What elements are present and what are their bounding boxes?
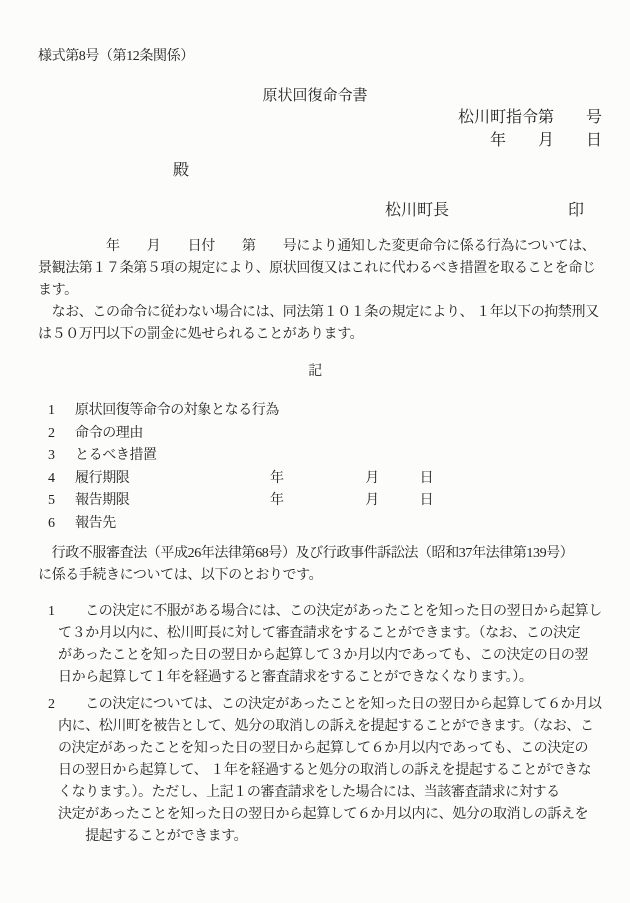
- item-label: 報告先: [75, 513, 270, 536]
- item-number: 4: [48, 468, 75, 491]
- restoration-order-document: 様式第8号（第12条関係） 原状回復命令書 松川町指令第 号 年 月 日 殿 松…: [0, 0, 630, 848]
- legal-note: 行政不服審査法（平成26年法律第68号）及び行政事件訴訟法（昭和37年法律第13…: [38, 543, 592, 587]
- ki-list: 1 原状回復等命令の対象となる行為 2 命令の理由 3 とるべき措置 4 履行期…: [38, 400, 592, 535]
- text-line: 行政不服審査法（平成26年法律第68号）及び行政事件訴訟法（昭和37年法律第13…: [38, 543, 592, 565]
- directive-number-line: 松川町指令第 号: [38, 107, 602, 129]
- item-number: 2: [48, 423, 75, 446]
- appeal-item-number: 2: [48, 694, 55, 716]
- ki-item-4: 4 履行期限 年 月 日: [38, 468, 592, 491]
- item-label: 命令の理由: [75, 423, 270, 446]
- document-title: 原状回復命令書: [38, 85, 592, 107]
- item-number: 5: [48, 490, 75, 513]
- issue-date-line: 年 月 日: [38, 130, 602, 152]
- ki-item-3: 3 とるべき措置: [38, 445, 592, 468]
- text-line: 内に、松川町を被告として、処分の取消しの訴えを提起することができます。（なお、こ: [58, 716, 592, 738]
- appeal-item-1: 1 この決定に不服がある場合には、この決定があったことを知った日の翌日から起算し…: [38, 601, 592, 689]
- text-line: ます。: [38, 280, 592, 302]
- text-line: 決定があったことを知った日の翌日から起算して６か月以内に、処分の取消しの訴えを: [58, 804, 592, 826]
- ki-item-2: 2 命令の理由: [38, 423, 592, 446]
- appeal-item-text: この決定に不服がある場合には、この決定があったことを知った日の翌日から起算して３…: [58, 601, 592, 689]
- item-date-blank: 年 月 日: [270, 490, 433, 513]
- text-line: 景観法第１７条第５項の規定により、原状回復又はこれに代わるべき措置を取ることを命…: [38, 258, 592, 280]
- recipient-honorific: 殿: [173, 162, 189, 179]
- ki-item-1: 1 原状回復等命令の対象となる行為: [38, 400, 592, 423]
- ki-item-5: 5 報告期限 年 月 日: [38, 490, 592, 513]
- text-line: この決定に不服がある場合には、この決定があったことを知った日の翌日から起算し: [58, 601, 592, 623]
- document-page: { "page": { "background": "#fcfcfa", "te…: [0, 0, 630, 903]
- text-line: 年 月 日付 第 号により通知した変更命令に係る行為については、: [38, 236, 592, 258]
- item-label: 履行期限: [75, 468, 270, 491]
- text-line: なお、この命令に従わない場合には、同法第１０１条の規定により、 １年以下の拘禁刑…: [38, 302, 592, 324]
- text-line: この決定については、この決定があったことを知った日の翌日から起算して６か月以: [58, 694, 592, 716]
- text-line: の決定があったことを知った日の翌日から起算して６か月以内であっても、この決定の: [58, 738, 592, 760]
- item-date-blank: 年 月 日: [270, 468, 433, 491]
- item-number: 3: [48, 445, 75, 468]
- appeal-item-number: 1: [48, 601, 55, 623]
- form-number: 様式第8号（第12条関係）: [38, 46, 592, 68]
- item-number: 6: [48, 513, 75, 536]
- text-line: は５０万円以下の罰金に処せられることがあります。: [38, 324, 592, 346]
- recipient-line: 殿: [38, 160, 592, 182]
- appeal-item-2: 2 この決定については、この決定があったことを知った日の翌日から起算して６か月以…: [38, 694, 592, 848]
- item-label: 原状回復等命令の対象となる行為: [75, 400, 279, 423]
- ki-heading: 記: [38, 361, 592, 383]
- text-line: て３か月以内に、松川町長に対して審査請求をすることができます。（なお、この決定: [58, 623, 592, 645]
- item-label: 報告期限: [75, 490, 270, 513]
- order-paragraph: 年 月 日付 第 号により通知した変更命令に係る行為については、景観法第１７条第…: [38, 236, 592, 346]
- text-line: 日の翌日から起算して、 １年を経過すると処分の取消しの訴えを提起することができな: [58, 760, 592, 782]
- text-line: 日から起算して１年を経過すると審査請求をすることができなくなります。）。: [58, 667, 592, 689]
- item-number: 1: [48, 400, 75, 423]
- appeal-item-text: この決定については、この決定があったことを知った日の翌日から起算して６か月以内に…: [58, 694, 592, 848]
- text-line: くなります。）。ただし、上記１の審査請求をした場合には、当該審査請求に対する: [58, 782, 592, 804]
- issuer-line: 松川町長 印: [385, 200, 584, 222]
- ki-item-6: 6 報告先: [38, 513, 592, 536]
- text-line: 提起することができます。: [58, 826, 592, 848]
- item-label: とるべき措置: [75, 445, 270, 468]
- text-line: に係る手続きについては、以下のとおりです。: [38, 565, 592, 587]
- issuer-name: 松川町長: [385, 200, 449, 222]
- seal-mark: 印: [568, 200, 584, 222]
- text-line: があったことを知った日の翌日から起算して３か月以内であっても、この決定の日の翌: [58, 645, 592, 667]
